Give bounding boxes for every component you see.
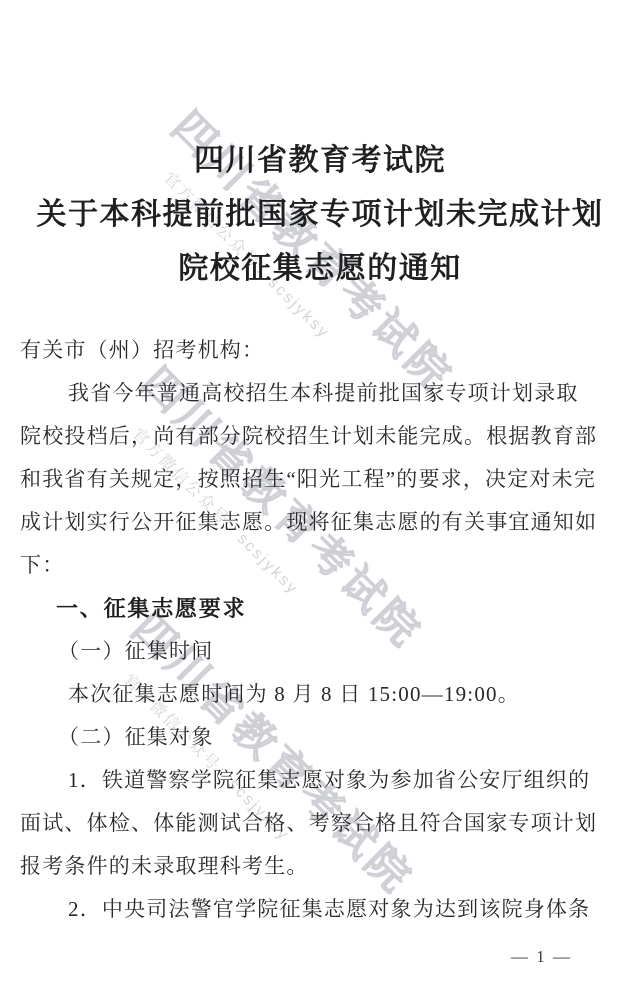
document-line: 本次征集志愿时间为 8 月 8 日 15:00—19:00。 <box>20 673 620 716</box>
document-body: 有关市（州）招考机构：我省今年普通高校招生本科提前批国家专项计划录取院校投档后，… <box>20 329 620 931</box>
document-line: 成计划实行公开征集志愿。现将征集志愿的有关事宜通知如 <box>20 501 620 544</box>
document-line: 2．中央司法警官学院征集志愿对象为达到该院身体条 <box>20 888 620 931</box>
document-line: 有关市（州）招考机构： <box>20 329 620 372</box>
document-line: 面试、体检、体能测试合格、考察合格且符合国家专项计划 <box>20 802 620 845</box>
title-line-3: 院校征集志愿的通知 <box>0 242 640 296</box>
document-line: 1．铁道警察学院征集志愿对象为参加省公安厅组织的 <box>20 759 620 802</box>
document-title: 四川省教育考试院 关于本科提前批国家专项计划未完成计划 院校征集志愿的通知 <box>0 134 640 296</box>
title-line-2: 关于本科提前批国家专项计划未完成计划 <box>0 188 640 242</box>
document-line: （二）征集对象 <box>20 716 620 759</box>
title-line-1: 四川省教育考试院 <box>0 134 640 188</box>
document-line: 下： <box>20 544 620 587</box>
document-line: 院校投档后，尚有部分院校招生计划未能完成。根据教育部 <box>20 415 620 458</box>
page-number: — 1 — <box>511 947 572 967</box>
document-page: 四川省教育考试院 官方微信公众号：scsjyksy 四川省教育考试院 官方微信公… <box>0 0 640 986</box>
document-line: （一）征集时间 <box>20 630 620 673</box>
document-line: 报考条件的未录取理科考生。 <box>20 845 620 888</box>
document-line: 一、征集志愿要求 <box>20 587 620 630</box>
document-line: 我省今年普通高校招生本科提前批国家专项计划录取 <box>20 372 620 415</box>
document-line: 和我省有关规定，按照招生“阳光工程”的要求，决定对未完 <box>20 458 620 501</box>
